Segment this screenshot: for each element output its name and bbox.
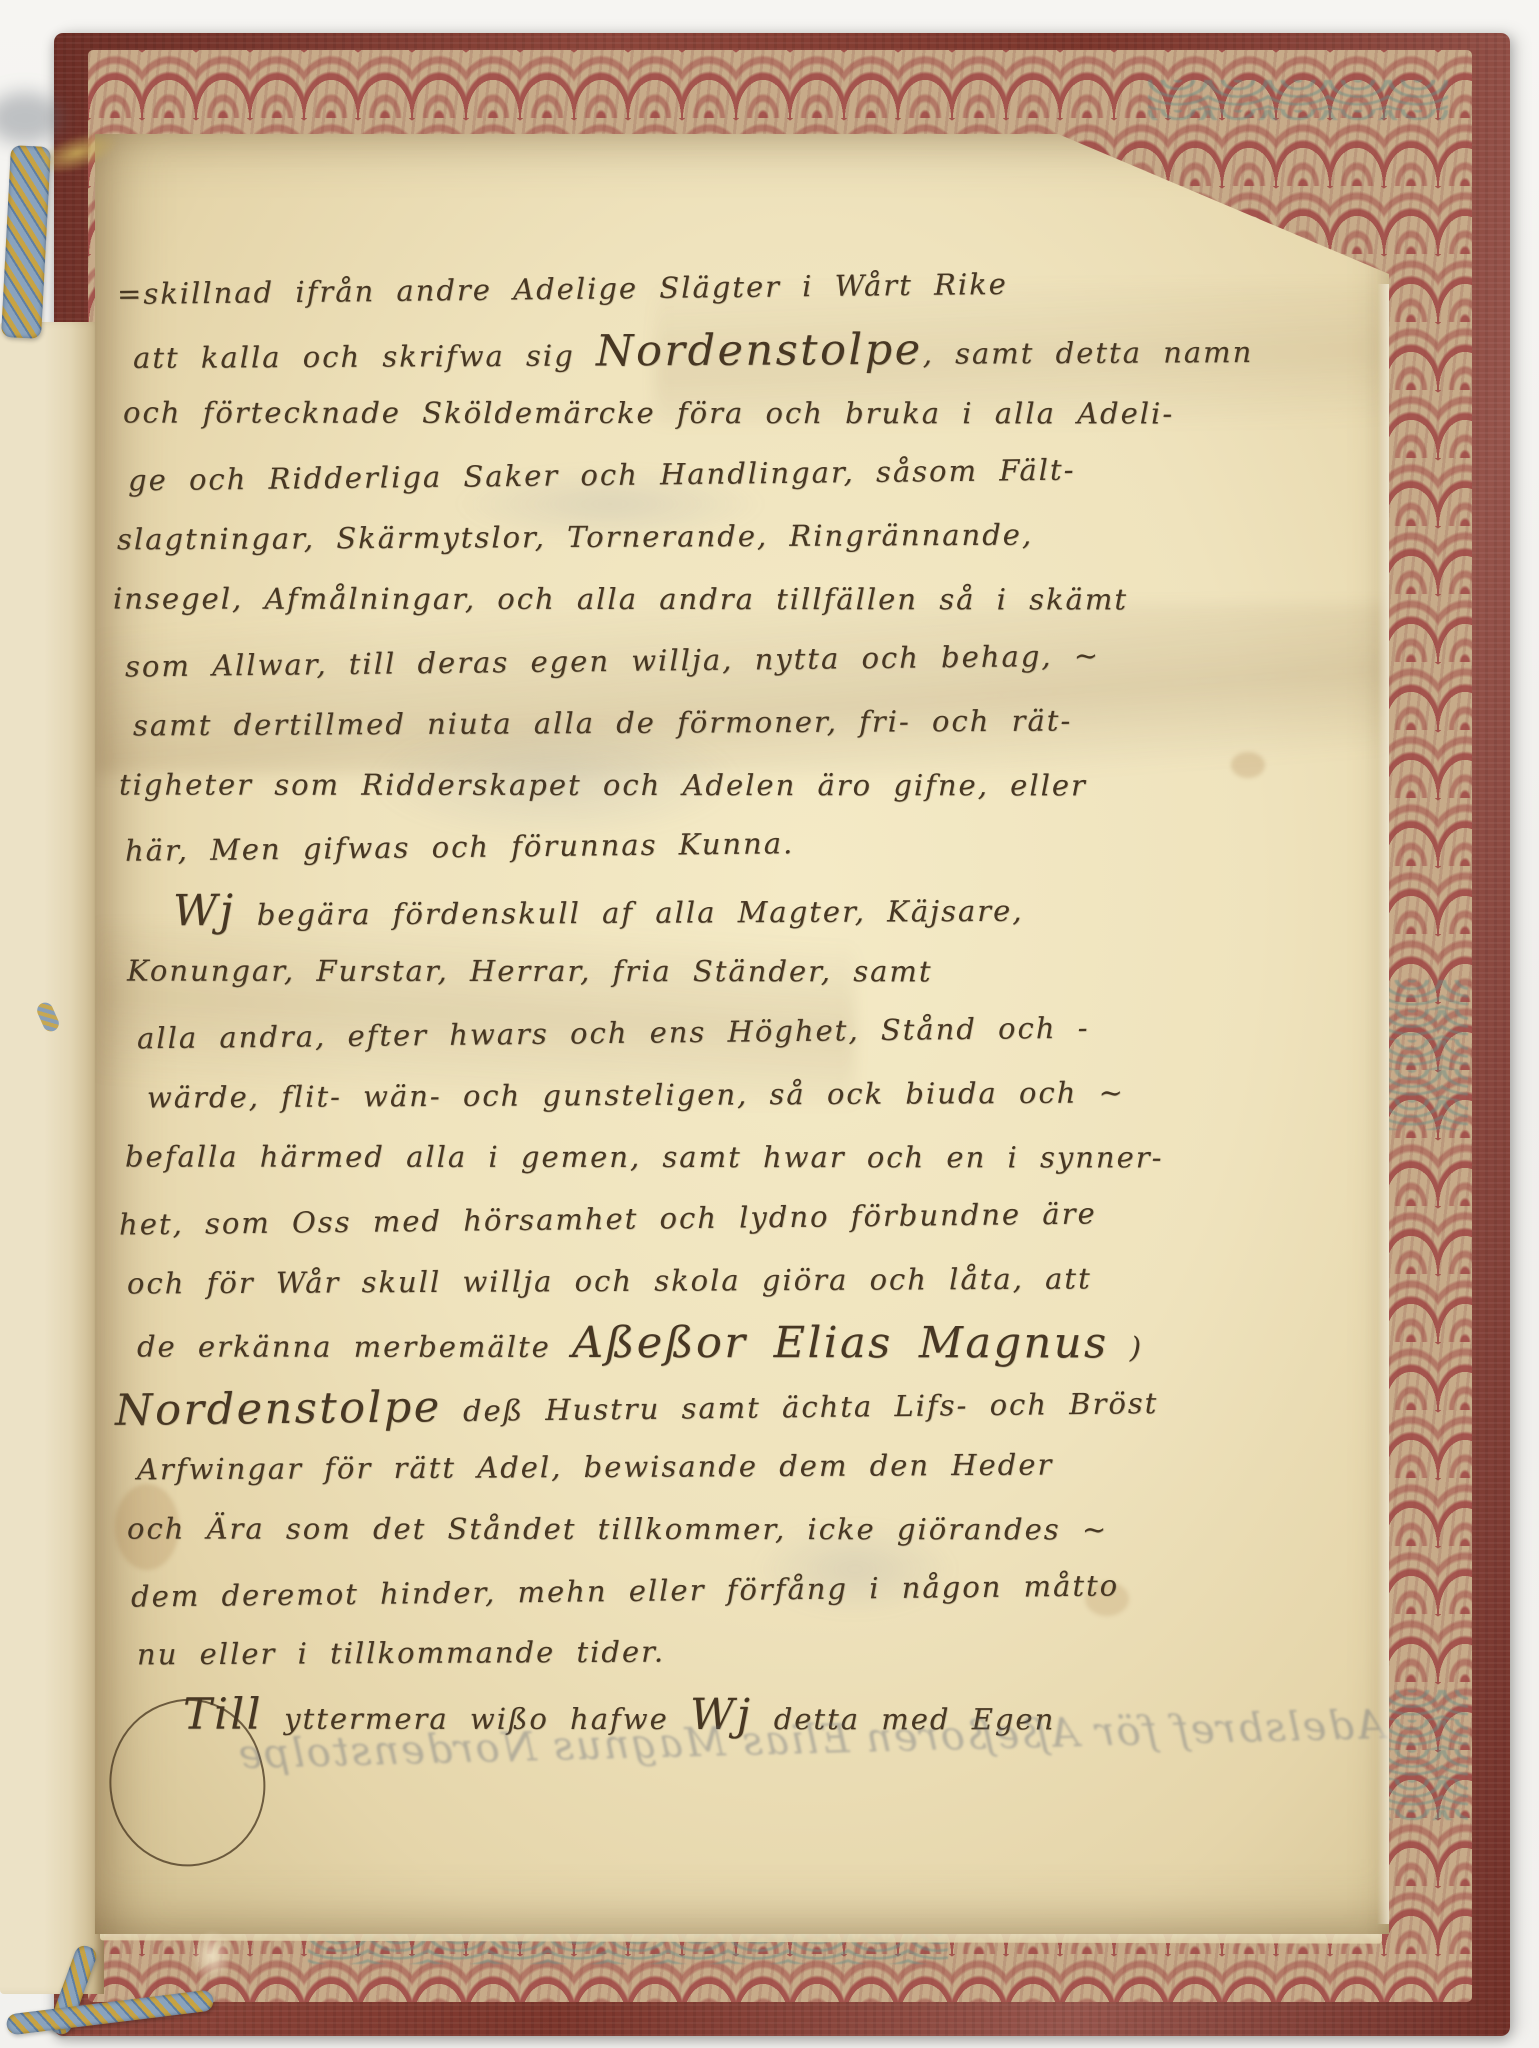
manuscript-line: och för Wår skull willja och skola giöra… — [127, 1261, 1092, 1300]
manuscript-line: Arfwingar för rätt Adel, bewisande dem d… — [137, 1448, 1053, 1487]
manuscript-line: het, som Oss med hörsamhet och lydno för… — [119, 1196, 1097, 1241]
script-text: ge och Ridderliga Saker och Handlingar, … — [128, 453, 1076, 498]
script-text: =skillnad ifrån andre Adelige Slägter i … — [117, 267, 1008, 311]
manuscript-line: tigheter som Ridderskapet och Adelen äro… — [119, 768, 1087, 803]
manuscript-lines: =skillnad ifrån andre Adelige Slägter i … — [95, 134, 1389, 1934]
manuscript-line: slagtningar, Skärmytslor, Tornerande, Ri… — [117, 518, 1033, 557]
script-text: het, som Oss med hörsamhet och lydno för… — [119, 1196, 1097, 1241]
display-script-word: Aßeßor Elias Magnus — [572, 1318, 1109, 1368]
script-text: de erkänna merbemälte — [137, 1330, 572, 1364]
manuscript-line: ge och Ridderliga Saker och Handlingar, … — [128, 453, 1076, 498]
marble-teal-band — [1382, 1690, 1468, 1820]
display-script-word: Nordenstolpe — [115, 1382, 442, 1436]
script-text: slagtningar, Skärmytslor, Tornerande, Ri… — [117, 518, 1033, 557]
manuscript-page: =skillnad ifrån andre Adelige Slägter i … — [95, 134, 1389, 1934]
manuscript-line: och förtecknade Sköldemärcke föra och br… — [123, 396, 1174, 431]
script-text: , samt detta namn — [923, 335, 1254, 371]
manuscript-line: samt dertillmed niuta alla de förmoner, … — [133, 704, 1072, 743]
script-text: Arfwingar för rätt Adel, bewisande dem d… — [137, 1448, 1053, 1487]
manuscript-line: nu eller i tillkommande tider. — [137, 1635, 665, 1672]
page-right-edge-highlight — [1377, 284, 1389, 1924]
manuscript-line: och Ära som det Ståndet tillkommer, icke… — [127, 1512, 1108, 1547]
manuscript-line: de erkänna merbemälte Aßeßor Elias Magnu… — [137, 1326, 1143, 1365]
manuscript-line: Wj begära fördenskull af alla Magter, Kä… — [173, 890, 1024, 932]
manuscript-line: alla andra, efter hwars och ens Höghet, … — [137, 1011, 1090, 1056]
manuscript-line: dem deremot hinder, mehn eller förfång i… — [131, 1568, 1119, 1613]
marble-teal-band — [1382, 980, 1468, 1130]
page-stack-edge — [0, 322, 104, 1994]
paper-fray-tuft — [192, 1930, 232, 1982]
script-text: Konungar, Furstar, Herrar, fria Ständer,… — [127, 954, 933, 989]
script-text: deß Hustru samt ächta Lifs- och Bröst — [442, 1386, 1159, 1428]
script-text: wärde, flit- wän- och gunsteligen, så oc… — [147, 1075, 1125, 1114]
marble-teal-band — [1148, 80, 1448, 120]
script-text: ) — [1108, 1330, 1143, 1364]
script-text: nu eller i tillkommande tider. — [137, 1635, 665, 1672]
manuscript-line: att kalla och skrifwa sig Nordenstolpe, … — [133, 331, 1253, 375]
script-text: och Ära som det Ståndet tillkommer, icke… — [127, 1512, 1108, 1547]
manuscript-line: =skillnad ifrån andre Adelige Slägter i … — [117, 267, 1008, 311]
script-text: alla andra, efter hwars och ens Höghet, … — [137, 1011, 1090, 1056]
scan-shadow-smudge — [0, 92, 62, 144]
script-text: att kalla och skrifwa sig — [133, 339, 596, 375]
manuscript-line: wärde, flit- wän- och gunsteligen, så oc… — [147, 1075, 1125, 1114]
display-script-word: Nordenstolpe — [596, 325, 923, 377]
manuscript-line: insegel, Afmålningar, och alla andra til… — [113, 582, 1128, 617]
script-text: insegel, Afmålningar, och alla andra til… — [113, 582, 1128, 617]
display-script-word: Wj — [173, 886, 236, 936]
script-text: begära fördenskull af alla Magter, Käjsa… — [235, 894, 1023, 932]
scanned-book-photo: =skillnad ifrån andre Adelige Slägter i … — [0, 0, 1539, 2048]
script-text: och för Wår skull willja och skola giöra… — [127, 1261, 1092, 1300]
script-text: som Allwar, till deras egen willja, nytt… — [125, 638, 1100, 683]
manuscript-line: Nordenstolpe deß Hustru samt ächta Lifs-… — [115, 1382, 1159, 1432]
script-text: samt dertillmed niuta alla de förmoner, … — [133, 704, 1072, 743]
script-text: dem deremot hinder, mehn eller förfång i… — [131, 1568, 1119, 1613]
manuscript-line: befalla härmed alla i gemen, samt hwar o… — [125, 1140, 1163, 1175]
script-text: befalla härmed alla i gemen, samt hwar o… — [125, 1140, 1163, 1175]
manuscript-line: här, Men gifwas och förunnas Kunna. — [125, 826, 795, 868]
manuscript-line: som Allwar, till deras egen willja, nytt… — [125, 638, 1100, 683]
script-text: tigheter som Ridderskapet och Adelen äro… — [119, 768, 1087, 803]
manuscript-line: Konungar, Furstar, Herrar, fria Ständer,… — [127, 954, 933, 989]
script-text: här, Men gifwas och förunnas Kunna. — [125, 826, 795, 868]
script-text: och förtecknade Sköldemärcke föra och br… — [123, 396, 1174, 431]
